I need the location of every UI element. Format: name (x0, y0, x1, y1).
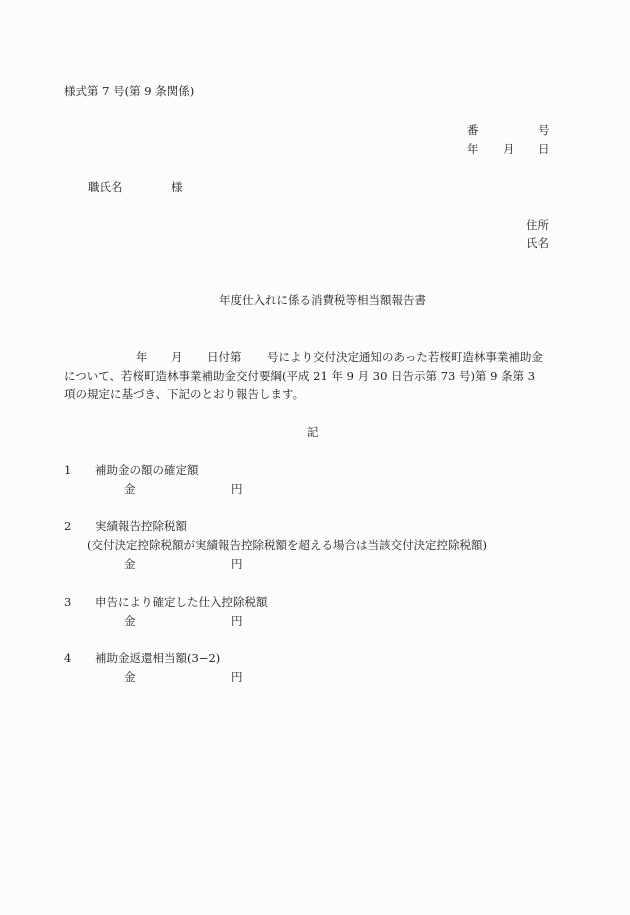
item-label: 補助金返還相当額(3−2) (95, 651, 220, 665)
amount-suffix: 円 (231, 482, 243, 496)
sender-address-label: 住所 (526, 218, 549, 232)
amount-prefix: 金 (124, 482, 136, 496)
item-label: 補助金の額の確定額 (95, 463, 199, 477)
date-month: 月 (503, 142, 515, 156)
addressee-honorific: 様 (171, 180, 183, 194)
item-label: 申告により確定した仕入控除税額 (95, 595, 268, 609)
date-day: 日 (538, 142, 550, 156)
amount-suffix: 円 (231, 614, 243, 628)
addressee-title: 職氏名 (88, 180, 123, 194)
amount-suffix: 円 (231, 557, 243, 571)
body-line3: 項の規定に基づき、下記のとおり報告します。 (64, 387, 304, 401)
item-note: (交付決定控除税額が実績報告控除税額を超える場合は当該交付決定控除税額) (87, 538, 487, 552)
amount-prefix: 金 (124, 614, 136, 628)
item-number: 2 (64, 519, 71, 533)
item-label: 実績報告控除税額 (95, 519, 187, 533)
document-page: 様式第 7 号(第 9 条関係) 番 号 年 月 日 職氏名 様 住所 氏名 年… (0, 0, 630, 915)
body-year: 年 (136, 350, 148, 364)
item-number: 3 (64, 595, 71, 609)
amount-suffix: 円 (231, 670, 243, 684)
number-ban: 番 (467, 123, 479, 137)
amount-prefix: 金 (124, 557, 136, 571)
body-day-no: 日付第 (207, 350, 242, 364)
body-line1-rest: 号により交付決定通知のあった若桜町造林事業補助金 (267, 350, 543, 364)
ki-heading: 記 (307, 425, 319, 439)
document-title: 年度仕入れに係る消費税等相当額報告書 (219, 293, 426, 307)
sender-name-label: 氏名 (526, 236, 549, 250)
number-go: 号 (538, 123, 550, 137)
item-number: 1 (64, 463, 71, 477)
item-number: 4 (64, 651, 71, 665)
amount-prefix: 金 (124, 670, 136, 684)
date-year: 年 (467, 142, 479, 156)
body-month: 月 (171, 350, 183, 364)
form-label: 様式第 7 号(第 9 条関係) (64, 84, 194, 98)
body-line2: について、若桜町造林事業補助金交付要綱(平成 21 年 9 月 30 日告示第 … (64, 369, 535, 383)
